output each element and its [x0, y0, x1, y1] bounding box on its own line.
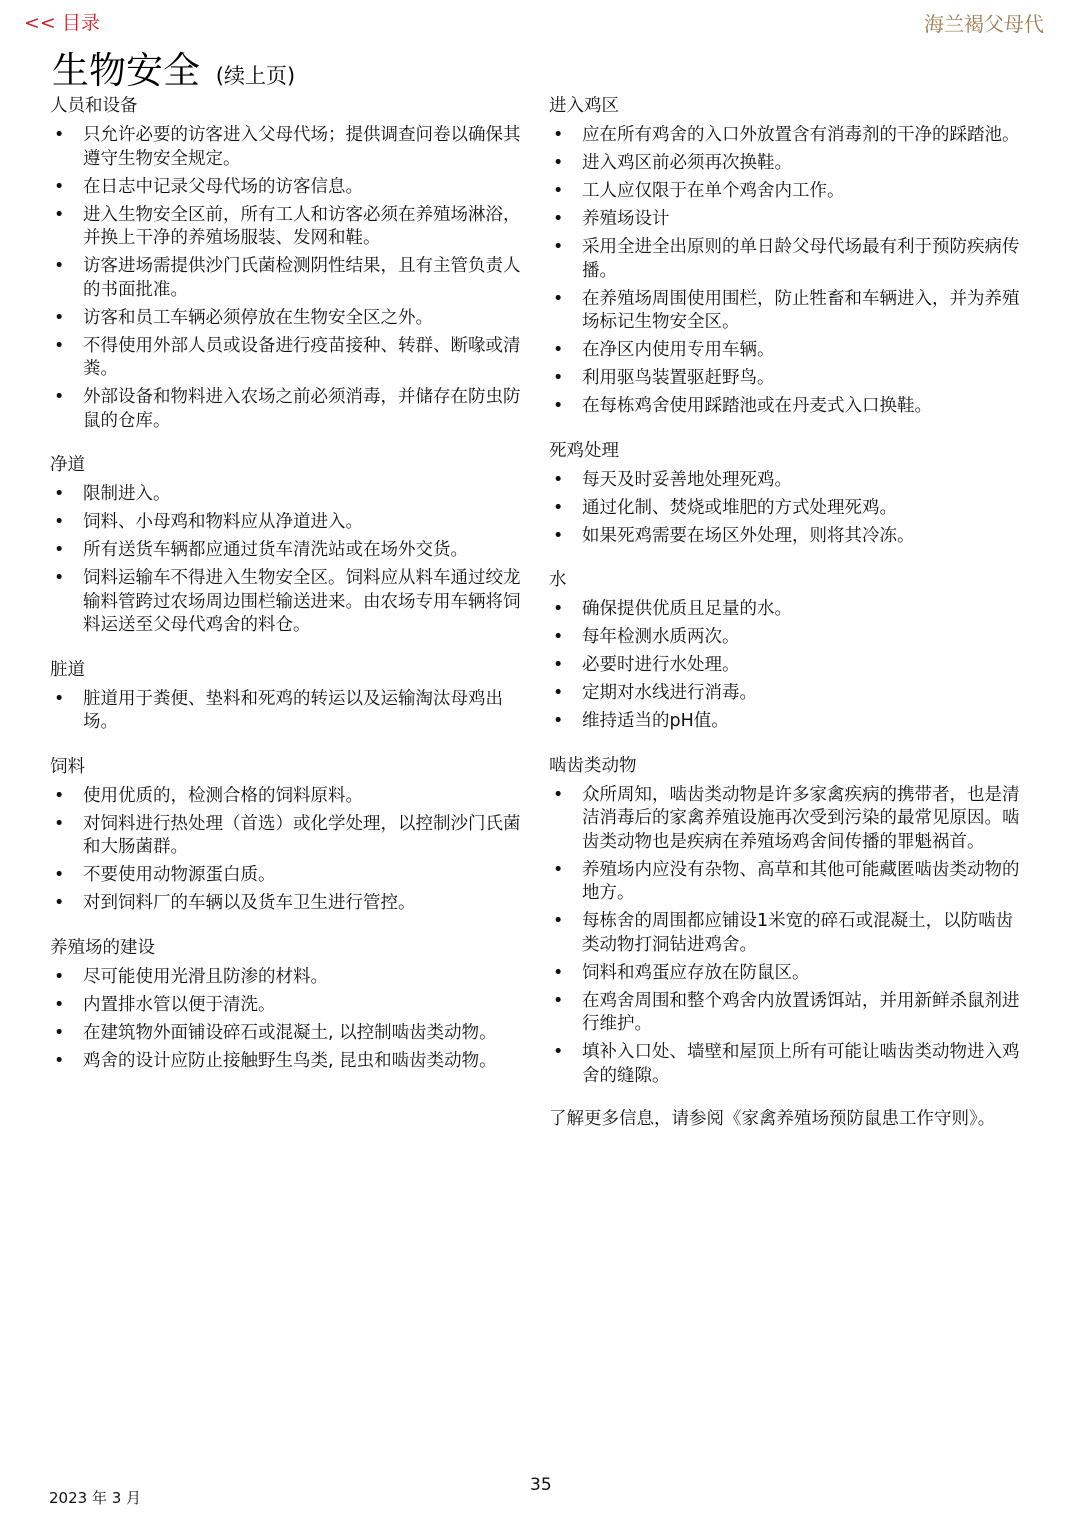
list-item-text: 对到饲料厂的车辆以及货车卫生进行管控。	[83, 893, 416, 913]
bullet-icon: •	[54, 176, 64, 200]
bullet-icon: •	[54, 483, 64, 507]
section-heading: 净道	[50, 453, 525, 478]
list-item: •定期对水线进行消毒。	[549, 682, 1024, 706]
list-item: •如果死鸡需要在场区外处理，则将其冷冻。	[549, 525, 1024, 549]
bullet-icon: •	[54, 864, 64, 888]
bullet-icon: •	[553, 654, 563, 678]
bullet-list: •众所周知，啮齿类动物是许多家禽疾病的携带者，也是清洁消毒后的家禽养殖设施再次受…	[549, 784, 1024, 1089]
bullet-icon: •	[553, 910, 563, 934]
list-item-text: 定期对水线进行消毒。	[582, 683, 757, 703]
list-item-text: 填补入口处、墙壁和屋顶上所有可能让啮齿类动物进入鸡舍的缝隙。	[582, 1042, 1020, 1086]
list-item: •进入鸡区前必须再次换鞋。	[549, 152, 1024, 176]
list-item: •在建筑物外面铺设碎石或混凝土, 以控制啮齿类动物。	[50, 1022, 525, 1046]
list-item: •对饲料进行热处理（首选）或化学处理，以控制沙门氏菌和大肠菌群。	[50, 813, 525, 860]
section: 养殖场的建设 •尽可能使用光滑且防渗的材料。•内置排水管以便于清洗。•在建筑物外…	[50, 936, 525, 1074]
bullet-icon: •	[54, 1050, 64, 1074]
list-item-text: 养殖场内应没有杂物、高草和其他可能藏匿啮齿类动物的地方。	[582, 860, 1020, 904]
bullet-icon: •	[553, 180, 563, 204]
bullet-icon: •	[54, 813, 64, 837]
bullet-icon: •	[54, 124, 64, 148]
list-item-text: 使用优质的，检测合格的饲料原料。	[83, 786, 363, 806]
list-item: •采用全进全出原则的单日龄父母代场最有利于预防疾病传播。	[549, 236, 1024, 283]
list-item: •每天及时妥善地处理死鸡。	[549, 469, 1024, 493]
bullet-icon: •	[54, 966, 64, 990]
bullet-list: •限制进入。•饲料、小母鸡和物料应从净道进入。•所有送货车辆都应通过货车清洗站或…	[50, 483, 525, 638]
list-item: •不得使用外部人员或设备进行疫苗接种、转群、断喙或清粪。	[50, 335, 525, 382]
list-item: •访客进场需提供沙门氏菌检测阴性结果，且有主管负责人的书面批准。	[50, 255, 525, 302]
list-item-text: 工人应仅限于在单个鸡舍内工作。	[582, 181, 845, 201]
list-item: •众所周知，啮齿类动物是许多家禽疾病的携带者，也是清洁消毒后的家禽养殖设施再次受…	[549, 784, 1024, 855]
bullet-icon: •	[54, 386, 64, 410]
list-item-text: 利用驱鸟装置驱赶野鸟。	[582, 368, 775, 388]
bullet-icon: •	[553, 525, 563, 549]
list-item-text: 每天及时妥善地处理死鸡。	[582, 470, 792, 490]
list-item: •每栋舍的周围都应铺设1米宽的碎石或混凝土，以防啮齿类动物打洞钻进鸡舍。	[549, 910, 1024, 957]
list-item-text: 脏道用于粪便、垫料和死鸡的转运以及运输淘汰母鸡出场。	[83, 689, 503, 733]
bullet-icon: •	[54, 511, 64, 535]
list-item: •利用驱鸟装置驱赶野鸟。	[549, 367, 1024, 391]
list-item-text: 不得使用外部人员或设备进行疫苗接种、转群、断喙或清粪。	[83, 336, 521, 380]
list-item: •确保提供优质且足量的水。	[549, 598, 1024, 622]
bullet-icon: •	[553, 152, 563, 176]
bullet-icon: •	[553, 682, 563, 706]
section-heading: 脏道	[50, 658, 525, 683]
list-item-text: 应在所有鸡舍的入口外放置含有消毒剂的干净的踩踏池。	[582, 125, 1020, 145]
section: 脏道 •脏道用于粪便、垫料和死鸡的转运以及运输淘汰母鸡出场。	[50, 658, 525, 735]
list-item: •访客和员工车辆必须停放在生物安全区之外。	[50, 307, 525, 331]
bullet-icon: •	[553, 236, 563, 260]
list-item: •内置排水管以便于清洗。	[50, 994, 525, 1018]
list-item: •鸡舍的设计应防止接触野生鸟类, 昆虫和啮齿类动物。	[50, 1050, 525, 1074]
bullet-list: •使用优质的，检测合格的饲料原料。•对饲料进行热处理（首选）或化学处理，以控制沙…	[50, 785, 525, 916]
list-item: •养殖场设计	[549, 208, 1024, 232]
list-item: •在养殖场周围使用围栏，防止牲畜和车辆进入，并为养殖场标记生物安全区。	[549, 288, 1024, 335]
list-item-text: 在鸡舍周围和整个鸡舍内放置诱饵站，并用新鲜杀鼠剂进行维护。	[582, 991, 1020, 1035]
right-column: 进入鸡区 •应在所有鸡舍的入口外放置含有消毒剂的干净的踩踏池。•进入鸡区前必须再…	[549, 94, 1024, 1132]
bullet-icon: •	[553, 124, 563, 148]
bullet-icon: •	[553, 395, 563, 419]
list-item: •在日志中记录父母代场的访客信息。	[50, 176, 525, 200]
list-item-text: 确保提供优质且足量的水。	[582, 599, 792, 619]
list-item: •应在所有鸡舍的入口外放置含有消毒剂的干净的踩踏池。	[549, 124, 1024, 148]
bullet-icon: •	[553, 339, 563, 363]
list-item-text: 每年检测水质两次。	[582, 627, 740, 647]
bullet-icon: •	[54, 1022, 64, 1046]
bullet-list: •确保提供优质且足量的水。•每年检测水质两次。•必要时进行水处理。•定期对水线进…	[549, 598, 1024, 734]
table-of-contents-link[interactable]: << 目录	[24, 8, 100, 35]
list-item-text: 在养殖场周围使用围栏，防止牲畜和车辆进入，并为养殖场标记生物安全区。	[582, 289, 1020, 333]
list-item-text: 限制进入。	[83, 484, 171, 504]
bullet-icon: •	[54, 688, 64, 712]
bullet-icon: •	[553, 288, 563, 312]
list-item-text: 采用全进全出原则的单日龄父母代场最有利于预防疾病传播。	[582, 237, 1020, 281]
list-item-text: 饲料、小母鸡和物料应从净道进入。	[83, 512, 363, 532]
list-item: •在鸡舍周围和整个鸡舍内放置诱饵站，并用新鲜杀鼠剂进行维护。	[549, 990, 1024, 1037]
section: 死鸡处理 •每天及时妥善地处理死鸡。•通过化制、焚烧或堆肥的方式处理死鸡。•如果…	[549, 439, 1024, 549]
bullet-icon: •	[54, 539, 64, 563]
list-item: •对到饲料厂的车辆以及货车卫生进行管控。	[50, 892, 525, 916]
section-heading: 饲料	[50, 755, 525, 780]
section-heading: 进入鸡区	[549, 94, 1024, 119]
bullet-icon: •	[553, 367, 563, 391]
section: 进入鸡区 •应在所有鸡舍的入口外放置含有消毒剂的干净的踩踏池。•进入鸡区前必须再…	[549, 94, 1024, 419]
list-item: •每年检测水质两次。	[549, 626, 1024, 650]
list-item: •尽可能使用光滑且防渗的材料。	[50, 966, 525, 990]
list-item-text: 在每栋鸡舍使用踩踏池或在丹麦式入口换鞋。	[582, 396, 932, 416]
list-item-text: 鸡舍的设计应防止接触野生鸟类, 昆虫和啮齿类动物。	[83, 1051, 497, 1071]
list-item-text: 在日志中记录父母代场的访客信息。	[83, 177, 363, 197]
list-item-text: 众所周知，啮齿类动物是许多家禽疾病的携带者，也是清洁消毒后的家禽养殖设施再次受到…	[582, 785, 1020, 852]
bullet-icon: •	[54, 204, 64, 228]
section: 人员和设备 •只允许必要的访客进入父母代场；提供调查问卷以确保其遵守生物安全规定…	[50, 94, 525, 433]
bullet-icon: •	[54, 785, 64, 809]
brand-label: 海兰褐父母代	[924, 8, 1044, 37]
bullet-icon: •	[54, 335, 64, 359]
list-item: •只允许必要的访客进入父母代场；提供调查问卷以确保其遵守生物安全规定。	[50, 124, 525, 171]
list-item: •饲料运输车不得进入生物安全区。饲料应从料车通过绞龙输料管跨过农场周边围栏输送进…	[50, 567, 525, 638]
section: 饲料 •使用优质的，检测合格的饲料原料。•对饲料进行热处理（首选）或化学处理，以…	[50, 755, 525, 916]
list-item-text: 进入鸡区前必须再次换鞋。	[582, 153, 792, 173]
list-item: •所有送货车辆都应通过货车清洗站或在场外交货。	[50, 539, 525, 563]
list-item: •养殖场内应没有杂物、高草和其他可能藏匿啮齿类动物的地方。	[549, 859, 1024, 906]
bullet-list: •应在所有鸡舍的入口外放置含有消毒剂的干净的踩踏池。•进入鸡区前必须再次换鞋。•…	[549, 124, 1024, 419]
list-item-text: 饲料和鸡蛋应存放在防鼠区。	[582, 963, 810, 983]
list-item-text: 不要使用动物源蛋白质。	[83, 865, 276, 885]
bullet-icon: •	[54, 994, 64, 1018]
list-item: •使用优质的，检测合格的饲料原料。	[50, 785, 525, 809]
page-number: 35	[530, 1475, 552, 1495]
list-item: •限制进入。	[50, 483, 525, 507]
footer-date: 2023 年 3 月	[49, 1487, 141, 1508]
list-item-text: 所有送货车辆都应通过货车清洗站或在场外交货。	[83, 540, 468, 560]
list-item-text: 如果死鸡需要在场区外处理，则将其冷冻。	[582, 526, 915, 546]
bullet-icon: •	[553, 469, 563, 493]
bullet-icon: •	[553, 598, 563, 622]
bullet-icon: •	[54, 255, 64, 279]
bullet-icon: •	[553, 1041, 563, 1065]
list-item-text: 外部设备和物料进入农场之前必须消毒，并储存在防虫防鼠的仓库。	[83, 387, 521, 431]
list-item-text: 在净区内使用专用车辆。	[582, 340, 775, 360]
bullet-list: •尽可能使用光滑且防渗的材料。•内置排水管以便于清洗。•在建筑物外面铺设碎石或混…	[50, 966, 525, 1074]
list-item-text: 对饲料进行热处理（首选）或化学处理，以控制沙门氏菌和大肠菌群。	[83, 814, 521, 858]
list-item-text: 饲料运输车不得进入生物安全区。饲料应从料车通过绞龙输料管跨过农场周边围栏输送进来…	[83, 568, 521, 635]
bullet-icon: •	[54, 892, 64, 916]
section: 水 •确保提供优质且足量的水。•每年检测水质两次。•必要时进行水处理。•定期对水…	[549, 568, 1024, 734]
list-item-text: 养殖场设计	[582, 209, 670, 229]
list-item-text: 访客进场需提供沙门氏菌检测阴性结果，且有主管负责人的书面批准。	[83, 256, 521, 300]
page-title-text: 生物安全	[52, 49, 200, 92]
bullet-icon: •	[553, 208, 563, 232]
section-heading: 死鸡处理	[549, 439, 1024, 464]
list-item: •脏道用于粪便、垫料和死鸡的转运以及运输淘汰母鸡出场。	[50, 688, 525, 735]
section-heading: 啮齿类动物	[549, 754, 1024, 779]
page-title-suffix: (续上页)	[216, 64, 295, 88]
list-item-text: 尽可能使用光滑且防渗的材料。	[83, 967, 328, 987]
list-item: •填补入口处、墙壁和屋顶上所有可能让啮齿类动物进入鸡舍的缝隙。	[549, 1041, 1024, 1088]
list-item: •必要时进行水处理。	[549, 654, 1024, 678]
list-item-text: 通过化制、焚烧或堆肥的方式处理死鸡。	[582, 498, 897, 518]
bullet-icon: •	[553, 962, 563, 986]
bullet-icon: •	[553, 626, 563, 650]
section-heading: 水	[549, 568, 1024, 593]
list-item: •在净区内使用专用车辆。	[549, 339, 1024, 363]
list-item-text: 内置排水管以便于清洗。	[83, 995, 276, 1015]
left-column: 人员和设备 •只允许必要的访客进入父母代场；提供调查问卷以确保其遵守生物安全规定…	[50, 94, 525, 1093]
bullet-list: •只允许必要的访客进入父母代场；提供调查问卷以确保其遵守生物安全规定。•在日志中…	[50, 124, 525, 433]
list-item: •工人应仅限于在单个鸡舍内工作。	[549, 180, 1024, 204]
list-item: •不要使用动物源蛋白质。	[50, 864, 525, 888]
list-item: •饲料和鸡蛋应存放在防鼠区。	[549, 962, 1024, 986]
list-item: •饲料、小母鸡和物料应从净道进入。	[50, 511, 525, 535]
list-item: •通过化制、焚烧或堆肥的方式处理死鸡。	[549, 497, 1024, 521]
bullet-list: •脏道用于粪便、垫料和死鸡的转运以及运输淘汰母鸡出场。	[50, 688, 525, 735]
list-item-text: 维持适当的pH值。	[582, 711, 729, 731]
list-item-text: 进入生物安全区前，所有工人和访客必须在养殖场淋浴，并换上干净的养殖场服装、发网和…	[83, 205, 521, 249]
section: 净道 •限制进入。•饲料、小母鸡和物料应从净道进入。•所有送货车辆都应通过货车清…	[50, 453, 525, 638]
list-item: •进入生物安全区前，所有工人和访客必须在养殖场淋浴，并换上干净的养殖场服装、发网…	[50, 204, 525, 251]
bullet-icon: •	[553, 710, 563, 734]
bullet-icon: •	[553, 990, 563, 1014]
bullet-icon: •	[54, 307, 64, 331]
bullet-icon: •	[553, 784, 563, 808]
list-item-text: 访客和员工车辆必须停放在生物安全区之外。	[83, 308, 433, 328]
bullet-icon: •	[54, 567, 64, 591]
list-item-text: 每栋舍的周围都应铺设1米宽的碎石或混凝土，以防啮齿类动物打洞钻进鸡舍。	[582, 911, 1013, 955]
list-item-text: 必要时进行水处理。	[582, 655, 740, 675]
reference-note: 了解更多信息，请参阅《家禽养殖场预防鼠患工作守则》。	[549, 1108, 1024, 1132]
list-item-text: 只允许必要的访客进入父母代场；提供调查问卷以确保其遵守生物安全规定。	[83, 125, 521, 169]
list-item: •外部设备和物料进入农场之前必须消毒，并储存在防虫防鼠的仓库。	[50, 386, 525, 433]
bullet-icon: •	[553, 497, 563, 521]
section-heading: 养殖场的建设	[50, 936, 525, 961]
section: 啮齿类动物 •众所周知，啮齿类动物是许多家禽疾病的携带者，也是清洁消毒后的家禽养…	[549, 754, 1024, 1089]
page-title: 生物安全 (续上页)	[52, 40, 295, 94]
list-item: •在每栋鸡舍使用踩踏池或在丹麦式入口换鞋。	[549, 395, 1024, 419]
bullet-icon: •	[553, 859, 563, 883]
bullet-list: •每天及时妥善地处理死鸡。•通过化制、焚烧或堆肥的方式处理死鸡。•如果死鸡需要在…	[549, 469, 1024, 549]
list-item-text: 在建筑物外面铺设碎石或混凝土, 以控制啮齿类动物。	[83, 1023, 497, 1043]
section-heading: 人员和设备	[50, 94, 525, 119]
list-item: •维持适当的pH值。	[549, 710, 1024, 734]
